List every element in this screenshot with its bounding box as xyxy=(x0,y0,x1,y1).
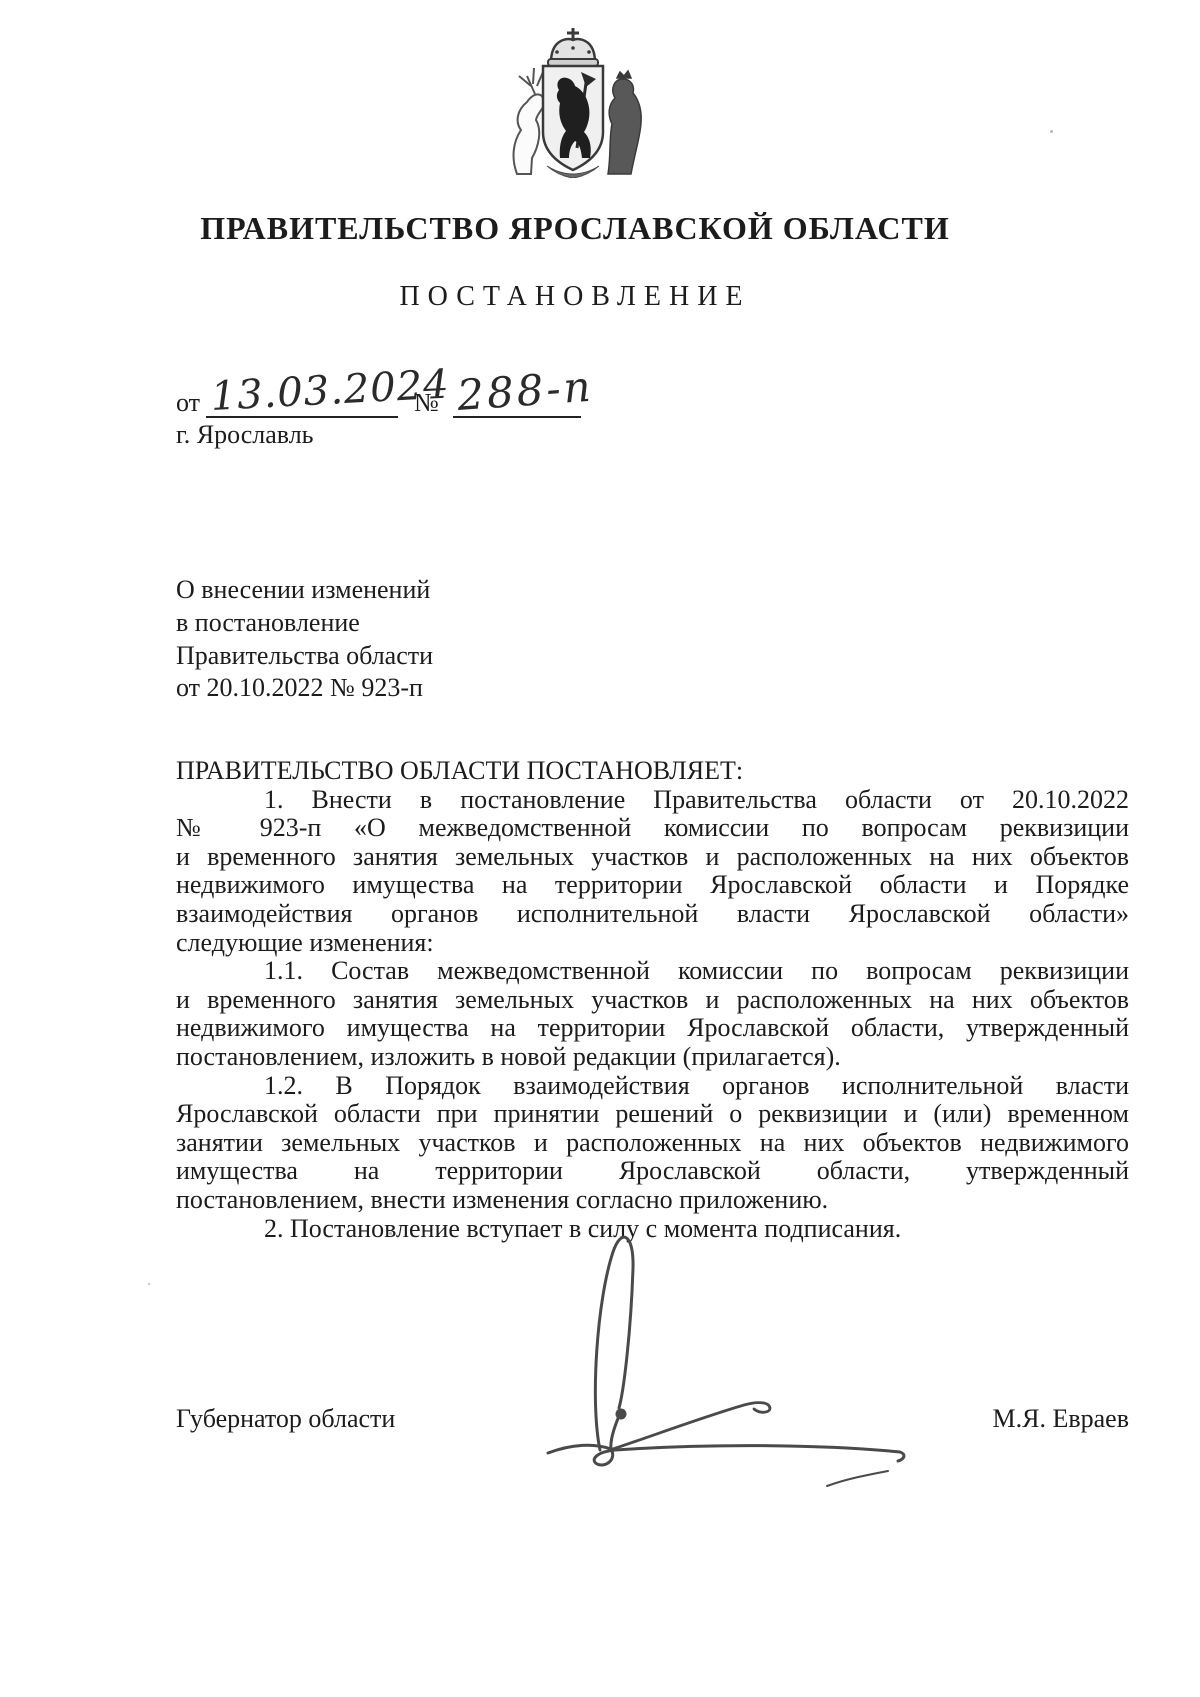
text-line: занятии земельных участков и расположенн… xyxy=(176,1129,1129,1158)
text-line: 1. Внести в постановление Правительства … xyxy=(176,786,1129,815)
body-paragraph-1-1: 1.1. Состав межведомственной комиссии по… xyxy=(176,957,1129,1071)
document-page: ПРАВИТЕЛЬСТВО ЯРОСЛАВСКОЙ ОБЛАСТИ ПОСТАН… xyxy=(0,0,1200,1697)
body-paragraph-1-2: 1.2. В Порядок взаимодействия органов ис… xyxy=(176,1072,1129,1215)
coat-of-arms-icon xyxy=(487,26,659,178)
text-line: № 923-п «О межведомственной комиссии по … xyxy=(176,814,1129,843)
text-line: и временного занятия земельных участков … xyxy=(176,843,1129,872)
document-body: ПРАВИТЕЛЬСТВО ОБЛАСТИ ПОСТАНОВЛЯЕТ: 1. В… xyxy=(176,757,1129,1243)
text-line: взаимодействия органов исполнительной вл… xyxy=(176,900,1129,929)
resolution-statement: ПРАВИТЕЛЬСТВО ОБЛАСТИ ПОСТАНОВЛЯЕТ: xyxy=(176,757,1129,786)
scan-speck xyxy=(148,1283,150,1285)
text-line: в постановление xyxy=(176,607,776,640)
text-line: постановлением, изложить в новой редакци… xyxy=(176,1043,1129,1072)
handwritten-number: 288-п xyxy=(455,362,594,420)
signature-row: Губернатор области М.Я. Евраев xyxy=(176,1404,1129,1434)
text-line: О внесении изменений xyxy=(176,574,776,607)
requisites-line: от13.03.2024№288-п xyxy=(176,386,581,418)
text-line: недвижимого имущества на территории Ярос… xyxy=(176,1014,1129,1043)
text-line: Ярославской области при принятии решений… xyxy=(176,1100,1129,1129)
organization-name: ПРАВИТЕЛЬСТВО ЯРОСЛАВСКОЙ ОБЛАСТИ xyxy=(0,210,1150,247)
text-line: 2. Постановление вступает в силу с момен… xyxy=(176,1215,1129,1244)
document-type-title: ПОСТАНОВЛЕНИЕ xyxy=(0,281,1150,313)
body-paragraph-1: 1. Внести в постановление Правительства … xyxy=(176,786,1129,958)
text-line: имущества на территории Ярославской обла… xyxy=(176,1157,1129,1186)
text-line: недвижимого имущества на территории Ярос… xyxy=(176,871,1129,900)
signatory-name: М.Я. Евраев xyxy=(993,1404,1129,1434)
text-line: 1.2. В Порядок взаимодействия органов ис… xyxy=(176,1072,1129,1101)
text-line: следующие изменения: xyxy=(176,929,1129,958)
text-line: от 20.10.2022 № 923-п xyxy=(176,672,776,705)
number-field: 288-п xyxy=(453,386,581,418)
date-field: 13.03.2024 xyxy=(206,386,398,418)
city-label: г. Ярославль xyxy=(176,420,314,450)
scan-speck xyxy=(389,1232,392,1235)
date-prefix-label: от xyxy=(176,388,200,417)
governor-title: Губернатор области xyxy=(176,1404,395,1434)
body-paragraph-2: 2. Постановление вступает в силу с момен… xyxy=(176,1215,1129,1244)
text-line: Правительства области xyxy=(176,640,776,673)
text-line: 1.1. Состав межведомственной комиссии по… xyxy=(176,957,1129,986)
subject-block: О внесении измененийв постановлениеПрави… xyxy=(176,574,776,705)
text-line: и временного занятия земельных участков … xyxy=(176,986,1129,1015)
scan-speck xyxy=(1050,130,1053,133)
text-line: постановлением, внести изменения согласн… xyxy=(176,1186,1129,1215)
